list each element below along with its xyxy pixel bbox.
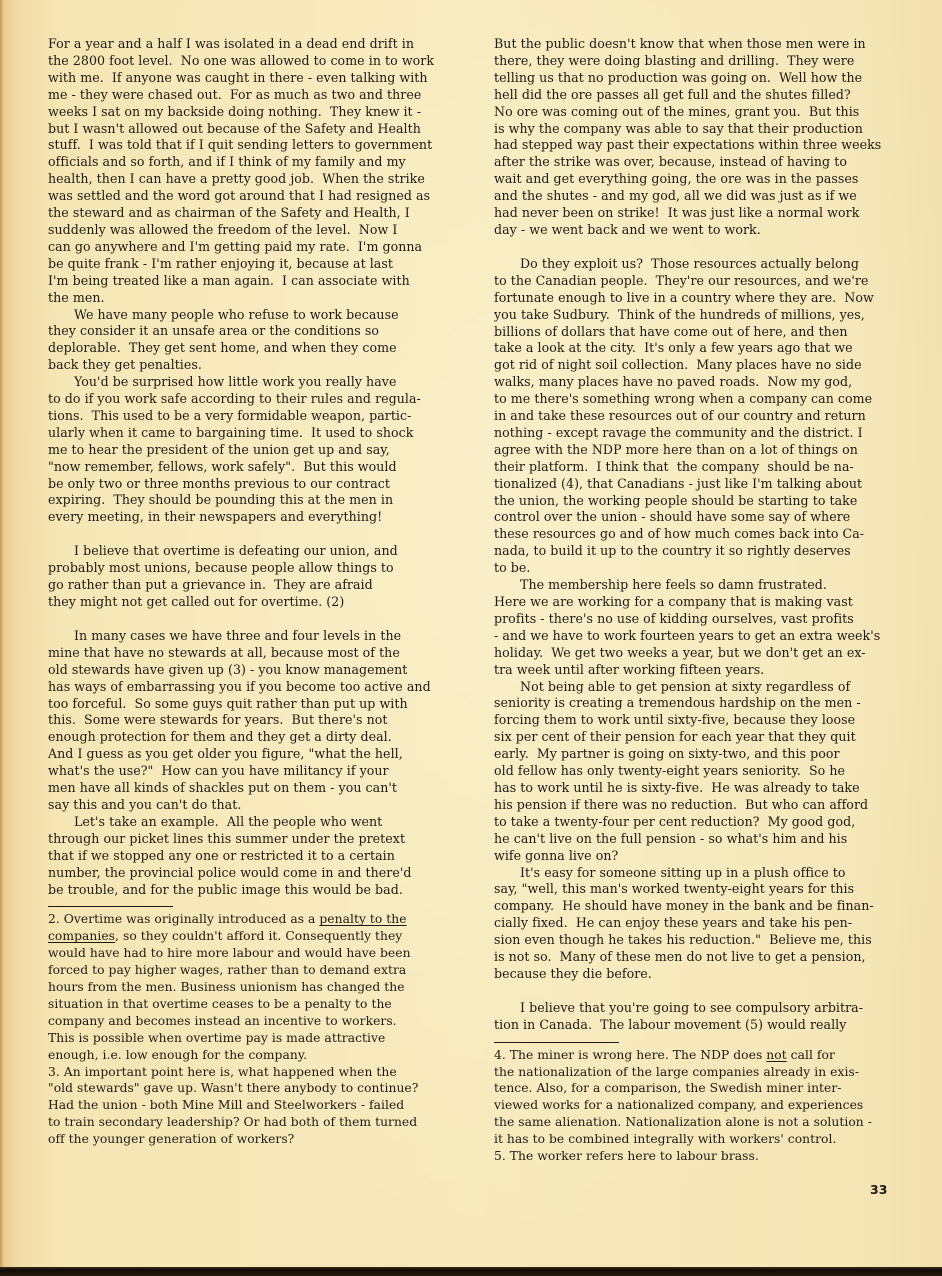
text-line: they consider it an unsafe area or the c…: [48, 323, 468, 340]
footnote-line: 4. The miner is wrong here. The NDP does…: [494, 1047, 912, 1064]
text-line: to do if you work safe according to thei…: [48, 391, 468, 408]
text-line: be quite frank - I'm rather enjoying it,…: [48, 256, 468, 273]
footnote-line: forced to pay higher wages, rather than …: [48, 962, 468, 979]
text-line: six per cent of their pension for each y…: [494, 729, 912, 746]
text-line: to the Canadian people. They're our reso…: [494, 273, 912, 290]
text-line: control over the union - should have som…: [494, 509, 912, 526]
text-line: their platform. I think that the company…: [494, 459, 912, 476]
text-line: had stepped way past their expectations …: [494, 137, 912, 154]
text-line: mine that have no stewards at all, becau…: [48, 645, 468, 662]
footnote-line: 5. The worker refers here to labour bras…: [494, 1148, 912, 1165]
text-line: weeks I sat on my backside doing nothing…: [48, 104, 468, 121]
page-bottom-edge: [0, 1267, 942, 1276]
text-line: because they die before.: [494, 966, 912, 983]
text-line: had never been on strike! It was just li…: [494, 205, 912, 222]
footnote-divider: [48, 906, 173, 907]
footnote-line: This is possible when overtime pay is ma…: [48, 1030, 468, 1047]
footnote-line: it has to be combined integrally with wo…: [494, 1131, 912, 1148]
paragraph: You'd be surprised how little work you r…: [48, 374, 468, 526]
text-line: men have all kinds of shackles put on th…: [48, 780, 468, 797]
text-line: The membership here feels so damn frustr…: [494, 577, 912, 594]
text-line: hell did the ore passes all get full and…: [494, 87, 912, 104]
footnote-line: off the younger generation of workers?: [48, 1131, 468, 1148]
left-column: For a year and a half I was isolated in …: [48, 36, 468, 1148]
text-line: early. My partner is going on sixty-two,…: [494, 746, 912, 763]
text-line: what's the use?" How can you have milita…: [48, 763, 468, 780]
footnote-underlined-text: not: [766, 1048, 786, 1062]
text-line: was settled and the word got around that…: [48, 188, 468, 205]
text-line: health, then I can have a pretty good jo…: [48, 171, 468, 188]
footnote-text: , so they couldn't afford it. Consequent…: [115, 929, 402, 943]
right-column: But the public doesn't know that when th…: [494, 36, 912, 1165]
text-line: to take a twenty-four per cent reduction…: [494, 814, 912, 831]
text-line: telling us that no production was going …: [494, 70, 912, 87]
text-line: these resources go and of how much comes…: [494, 526, 912, 543]
text-line: You'd be surprised how little work you r…: [48, 374, 468, 391]
footnote-text: call for: [787, 1048, 835, 1062]
footnote-2: 2. Overtime was originally introduced as…: [48, 911, 468, 1063]
text-line: this. Some were stewards for years. But …: [48, 712, 468, 729]
text-line: every meeting, in their newspapers and e…: [48, 509, 468, 526]
text-line: say, "well, this man's worked twenty-eig…: [494, 881, 912, 898]
footnote-line: 2. Overtime was originally introduced as…: [48, 911, 468, 928]
footnote-line: the nationalization of the large compani…: [494, 1064, 912, 1081]
footnote-text: 4. The miner is wrong here. The NDP does: [494, 1048, 766, 1062]
text-line: In many cases we have three and four lev…: [48, 628, 468, 645]
page-binding-edge: [0, 0, 4, 1276]
footnote-line: company and becomes instead an incentive…: [48, 1013, 468, 1030]
text-line: It's easy for someone sitting up in a pl…: [494, 865, 912, 882]
footnote-text: 2. Overtime was originally introduced as…: [48, 912, 319, 926]
text-line: holiday. We get two weeks a year, but we…: [494, 645, 912, 662]
text-line: wait and get everything going, the ore w…: [494, 171, 912, 188]
text-line: deplorable. They get sent home, and when…: [48, 340, 468, 357]
text-line: in and take these resources out of our c…: [494, 408, 912, 425]
paragraph: In many cases we have three and four lev…: [48, 628, 468, 814]
footnote-line: 3. An important point here is, what happ…: [48, 1064, 468, 1081]
text-line: number, the provincial police would come…: [48, 865, 468, 882]
text-line: but I wasn't allowed out because of the …: [48, 121, 468, 138]
text-line: take a look at the city. It's only a few…: [494, 340, 912, 357]
footnote-line: the same alienation. Nationalization alo…: [494, 1114, 912, 1131]
text-line: back they get penalties.: [48, 357, 468, 374]
text-line: - and we have to work fourteen years to …: [494, 628, 912, 645]
paragraph: I believe that you're going to see compu…: [494, 1000, 912, 1034]
text-line: say this and you can't do that.: [48, 797, 468, 814]
text-line: is not so. Many of these men do not live…: [494, 949, 912, 966]
paragraph-gap: [494, 239, 912, 256]
footnote-5: 5. The worker refers here to labour bras…: [494, 1148, 912, 1165]
paragraph-gap: [48, 526, 468, 543]
text-line: probably most unions, because people all…: [48, 560, 468, 577]
right-body: But the public doesn't know that when th…: [494, 36, 912, 1034]
text-line: billions of dollars that have come out o…: [494, 324, 912, 341]
text-line: has to work until he is sixty-five. He w…: [494, 780, 912, 797]
text-line: has ways of embarrassing you if you beco…: [48, 679, 468, 696]
text-line: stuff. I was told that if I quit sending…: [48, 137, 468, 154]
text-line: to me there's something wrong when a com…: [494, 391, 912, 408]
text-line: profits - there's no use of kidding ours…: [494, 611, 912, 628]
paragraph: We have many people who refuse to work b…: [48, 307, 468, 375]
text-line: wife gonna live on?: [494, 848, 912, 865]
text-line: with me. If anyone was caught in there -…: [48, 70, 468, 87]
text-line: they might not get called out for overti…: [48, 594, 468, 611]
text-line: And I guess as you get older you figure,…: [48, 746, 468, 763]
footnote-line: enough, i.e. low enough for the company.: [48, 1047, 468, 1064]
text-line: Do they exploit us? Those resources actu…: [494, 256, 912, 273]
text-line: that if we stopped any one or restricted…: [48, 848, 468, 865]
text-line: there, they were doing blasting and dril…: [494, 53, 912, 70]
footnote-line: situation in that overtime ceases to be …: [48, 996, 468, 1013]
paragraph: Do they exploit us? Those resources actu…: [494, 256, 912, 577]
text-line: ularly when it came to bargaining time. …: [48, 425, 468, 442]
text-line: tionalized (4), that Canadians - just li…: [494, 476, 912, 493]
footnote-4: 4. The miner is wrong here. The NDP does…: [494, 1047, 912, 1148]
text-line: Let's take an example. All the people wh…: [48, 814, 468, 831]
text-line: old fellow has only twenty-eight years s…: [494, 763, 912, 780]
text-line: I believe that overtime is defeating our…: [48, 543, 468, 560]
text-line: forcing them to work until sixty-five, b…: [494, 712, 912, 729]
paragraph: Let's take an example. All the people wh…: [48, 814, 468, 899]
text-line: I'm being treated like a man again. I ca…: [48, 273, 468, 290]
text-line: suddenly was allowed the freedom of the …: [48, 222, 468, 239]
paragraph: Not being able to get pension at sixty r…: [494, 679, 912, 865]
footnote-line: to train secondary leadership? Or had bo…: [48, 1114, 468, 1131]
text-line: But the public doesn't know that when th…: [494, 36, 912, 53]
text-line: Here we are working for a company that i…: [494, 594, 912, 611]
text-line: walks, many places have no paved roads. …: [494, 374, 912, 391]
text-line: nada, to build it up to the country it s…: [494, 543, 912, 560]
text-line: No ore was coming out of the mines, gran…: [494, 104, 912, 121]
footnote-line: Had the union - both Mine Mill and Steel…: [48, 1097, 468, 1114]
text-line: For a year and a half I was isolated in …: [48, 36, 468, 53]
text-line: tion in Canada. The labour movement (5) …: [494, 1017, 912, 1034]
footnote-underlined-text: companies: [48, 929, 115, 943]
text-line: expiring. They should be pounding this a…: [48, 492, 468, 509]
text-line: I believe that you're going to see compu…: [494, 1000, 912, 1017]
text-line: We have many people who refuse to work b…: [48, 307, 468, 324]
text-line: you take Sudbury. Think of the hundreds …: [494, 307, 912, 324]
text-line: he can't live on the full pension - so w…: [494, 831, 912, 848]
footnote-line: companies, so they couldn't afford it. C…: [48, 928, 468, 945]
text-line: Not being able to get pension at sixty r…: [494, 679, 912, 696]
left-body: For a year and a half I was isolated in …: [48, 36, 468, 898]
text-line: the steward and as chairman of the Safet…: [48, 205, 468, 222]
text-line: sion even though he takes his reduction.…: [494, 932, 912, 949]
text-line: agree with the NDP more here than on a l…: [494, 442, 912, 459]
text-line: his pension if there was no reduction. B…: [494, 797, 912, 814]
text-line: company. He should have money in the ban…: [494, 898, 912, 915]
footnote-lines: would have had to hire more labour and w…: [48, 945, 468, 1063]
footnote-line: hours from the men. Business unionism ha…: [48, 979, 468, 996]
paragraph: I believe that overtime is defeating our…: [48, 543, 468, 611]
text-line: old stewards have given up (3) - you kno…: [48, 662, 468, 679]
text-line: day - we went back and we went to work.: [494, 222, 912, 239]
text-line: be only two or three months previous to …: [48, 476, 468, 493]
text-line: go rather than put a grievance in. They …: [48, 577, 468, 594]
footnote-line: viewed works for a nationalized company,…: [494, 1097, 912, 1114]
text-line: tra week until after working fifteen yea…: [494, 662, 912, 679]
paragraph: The membership here feels so damn frustr…: [494, 577, 912, 678]
footnote-underlined-text: penalty to the: [319, 912, 406, 926]
paragraph-gap: [494, 983, 912, 1000]
text-line: through our picket lines this summer und…: [48, 831, 468, 848]
paragraph: For a year and a half I was isolated in …: [48, 36, 468, 307]
text-line: got rid of night soil collection. Many p…: [494, 357, 912, 374]
page-number: 33: [870, 1182, 887, 1197]
text-line: is why the company was able to say that …: [494, 121, 912, 138]
text-line: the men.: [48, 290, 468, 307]
text-line: the union, the working people should be …: [494, 493, 912, 510]
footnote-divider: [494, 1042, 619, 1043]
paragraph: It's easy for someone sitting up in a pl…: [494, 865, 912, 983]
text-line: me - they were chased out. For as much a…: [48, 87, 468, 104]
text-line: can go anywhere and I'm getting paid my …: [48, 239, 468, 256]
text-line: be trouble, and for the public image thi…: [48, 882, 468, 899]
text-line: tions. This used to be a very formidable…: [48, 408, 468, 425]
footnote-line: would have had to hire more labour and w…: [48, 945, 468, 962]
text-line: cially fixed. He can enjoy these years a…: [494, 915, 912, 932]
text-line: too forceful. So some guys quit rather t…: [48, 696, 468, 713]
text-line: the 2800 foot level. No one was allowed …: [48, 53, 468, 70]
text-line: enough protection for them and they get …: [48, 729, 468, 746]
footnote-line: "old stewards" gave up. Wasn't there any…: [48, 1080, 468, 1097]
text-line: seniority is creating a tremendous hards…: [494, 695, 912, 712]
footnote-line: tence. Also, for a comparison, the Swedi…: [494, 1080, 912, 1097]
paragraph-gap: [48, 611, 468, 628]
footnote-lines: the nationalization of the large compani…: [494, 1064, 912, 1149]
text-line: nothing - except ravage the community an…: [494, 425, 912, 442]
text-line: fortunate enough to live in a country wh…: [494, 290, 912, 307]
text-line: and the shutes - and my god, all we did …: [494, 188, 912, 205]
text-line: after the strike was over, because, inst…: [494, 154, 912, 171]
text-line: to be.: [494, 560, 912, 577]
text-line: me to hear the president of the union ge…: [48, 442, 468, 459]
paragraph: But the public doesn't know that when th…: [494, 36, 912, 239]
text-line: "now remember, fellows, work safely". Bu…: [48, 459, 468, 476]
text-line: officials and so forth, and if I think o…: [48, 154, 468, 171]
footnote-3: 3. An important point here is, what happ…: [48, 1064, 468, 1149]
